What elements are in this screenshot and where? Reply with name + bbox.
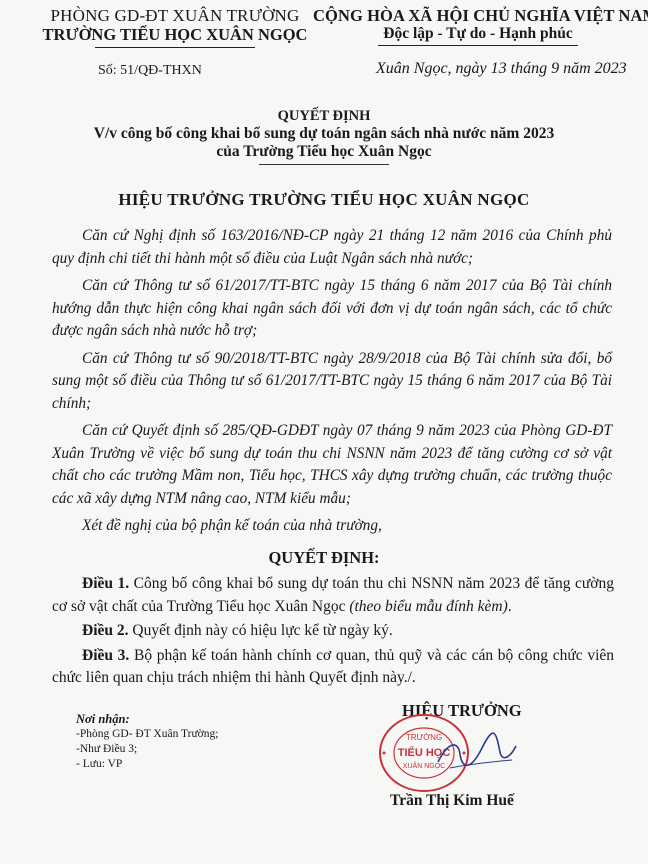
subject-line-1: V/v công bố công khai bổ sung dự toán ng… xyxy=(0,125,648,143)
article-text: Công bố công khai bổ sung dự toán thu ch… xyxy=(52,575,614,615)
document-type: QUYẾT ĐỊNH xyxy=(0,108,648,125)
authority-heading: HIỆU TRƯỞNG TRƯỜNG TIỂU HỌC XUÂN NGỌC xyxy=(0,190,648,210)
articles: Điều 1. Công bố công khai bổ sung dự toá… xyxy=(52,573,614,692)
preamble-item: Căn cứ Thông tư số 61/2017/TT-BTC ngày 1… xyxy=(52,275,612,343)
preamble-item: Xét đề nghị của bộ phận kế toán của nhà … xyxy=(52,515,612,538)
document-page: PHÒNG GD-ĐT XUÂN TRƯỜNG TRƯỜNG TIỂU HỌC … xyxy=(0,0,648,864)
motto: Độc lập - Tự do - Hạnh phúc xyxy=(313,25,643,43)
preamble-item: Căn cứ Nghị định số 163/2016/NĐ-CP ngày … xyxy=(52,225,612,270)
article-label: Điều 2. xyxy=(82,622,129,639)
subject-line-2: của Trường Tiểu học Xuân Ngọc xyxy=(0,143,648,161)
article-text: Bộ phận kế toán hành chính cơ quan, thủ … xyxy=(52,647,614,687)
signer-name: Trần Thị Kim Huế xyxy=(390,792,514,810)
divider xyxy=(259,164,389,165)
handwritten-signature-icon xyxy=(430,722,520,782)
article-note: (theo biểu mẫu đính kèm) xyxy=(349,598,507,615)
article-2: Điều 2. Quyết định này có hiệu lực kể từ… xyxy=(52,620,614,643)
preamble-item: Căn cứ Thông tư số 90/2018/TT-BTC ngày 2… xyxy=(52,348,612,416)
school-name: TRƯỜNG TIỂU HỌC XUÂN NGỌC xyxy=(40,25,310,45)
parent-agency: PHÒNG GD-ĐT XUÂN TRƯỜNG xyxy=(40,6,310,26)
preamble: Căn cứ Nghị định số 163/2016/NĐ-CP ngày … xyxy=(52,225,612,543)
document-number: Số: 51/QĐ-THXN xyxy=(98,63,202,79)
article-label: Điều 3. xyxy=(82,647,129,664)
recipient-item: -Như Điều 3; xyxy=(76,742,218,757)
recipients: Nơi nhận: -Phòng GD- ĐT Xuân Trường; -Nh… xyxy=(76,712,218,772)
document-title: QUYẾT ĐỊNH V/v công bố công khai bổ sung… xyxy=(0,108,648,165)
recipient-item: - Lưu: VP xyxy=(76,757,218,772)
decision-heading: QUYẾT ĐỊNH: xyxy=(0,548,648,568)
recipient-item: -Phòng GD- ĐT Xuân Trường; xyxy=(76,727,218,742)
document-date: Xuân Ngọc, ngày 13 tháng 9 năm 2023 xyxy=(376,60,627,78)
country-name: CỘNG HÒA XÃ HỘI CHỦ NGHĨA VIỆT NAM xyxy=(313,6,643,26)
national-header: CỘNG HÒA XÃ HỘI CHỦ NGHĨA VIỆT NAM Độc l… xyxy=(313,6,643,46)
preamble-item: Căn cứ Quyết định số 285/QĐ-GDĐT ngày 07… xyxy=(52,420,612,510)
article-text: Quyết định này có hiệu lực kể từ ngày ký… xyxy=(129,622,393,639)
article-3: Điều 3. Bộ phận kế toán hành chính cơ qu… xyxy=(52,645,614,690)
article-1: Điều 1. Công bố công khai bổ sung dự toá… xyxy=(52,573,614,618)
issuing-agency: PHÒNG GD-ĐT XUÂN TRƯỜNG TRƯỜNG TIỂU HỌC … xyxy=(40,6,310,48)
divider xyxy=(95,47,255,48)
article-label: Điều 1. xyxy=(82,575,129,592)
divider xyxy=(378,45,578,46)
article-tail: . xyxy=(508,598,512,615)
recipients-heading: Nơi nhận: xyxy=(76,712,218,727)
